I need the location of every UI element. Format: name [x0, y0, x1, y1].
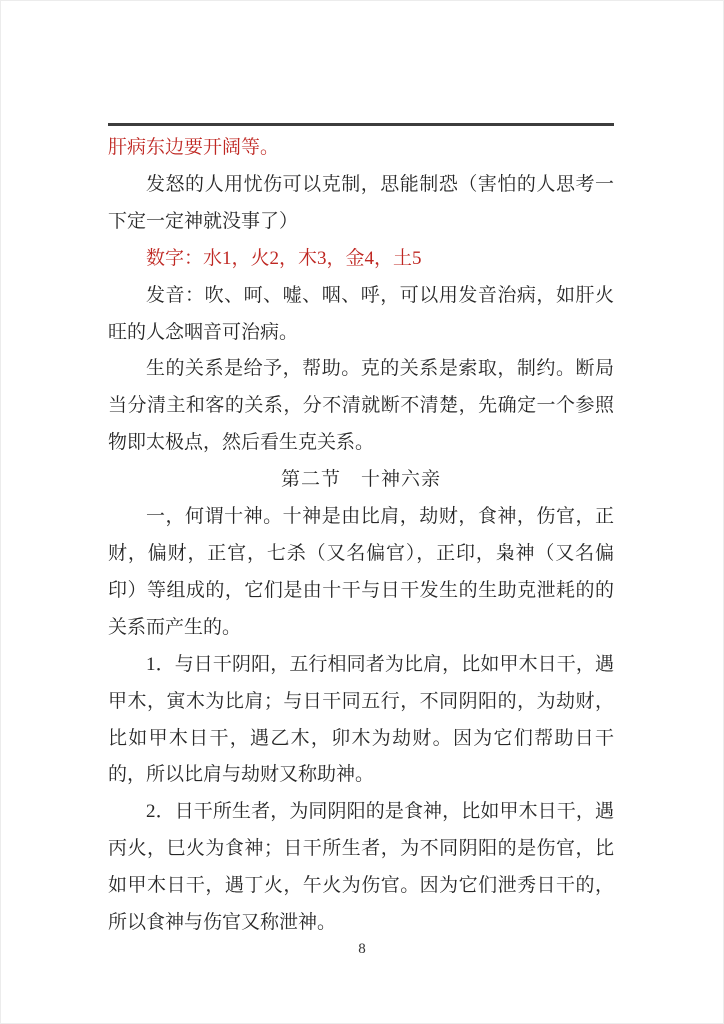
- paragraph-item-1-bijian-jiecai: 1．与日干阴阳，五行相同者为比肩，比如甲木日干，遇甲木，寅木为比肩；与日干同五行…: [108, 647, 614, 795]
- red-numbers-line: 数字：水1，火2，木3，金4，土5: [108, 241, 614, 278]
- document-body: 肝病东边要开阔等。 发怒的人用忧伤可以克制，思能制恐（害怕的人思考一下定一定神就…: [108, 130, 614, 942]
- paragraph-what-are-ten-gods: 一，何谓十神。十神是由比肩，劫财，食神，伤官，正财，偏财，正官，七杀（又名偏官）…: [108, 499, 614, 647]
- page-number: 8: [0, 941, 724, 958]
- paragraph-anger-control: 发怒的人用忧伤可以克制，思能制恐（害怕的人思考一下定一定神就没事了）: [108, 167, 614, 241]
- paragraph-item-2-shishen-shangguan: 2．日干所生者，为同阴阳的是食神，比如甲木日干，遇丙火，巳火为食神；日干所生者，…: [108, 794, 614, 942]
- paragraph-sheng-ke-relations: 生的关系是给予，帮助。克的关系是索取，制约。断局当分清主和客的关系，分不清就断不…: [108, 351, 614, 462]
- header-rule: [108, 123, 614, 126]
- section-heading-ten-gods: 第二节 十神六亲: [108, 462, 614, 499]
- document-page: 肝病东边要开阔等。 发怒的人用忧伤可以克制，思能制恐（害怕的人思考一下定一定神就…: [0, 0, 724, 1024]
- red-heading-liver: 肝病东边要开阔等。: [108, 130, 614, 167]
- paragraph-pronunciation: 发音：吹、呵、嘘、咽、呼，可以用发音治病，如肝火旺的人念咽音可治病。: [108, 278, 614, 352]
